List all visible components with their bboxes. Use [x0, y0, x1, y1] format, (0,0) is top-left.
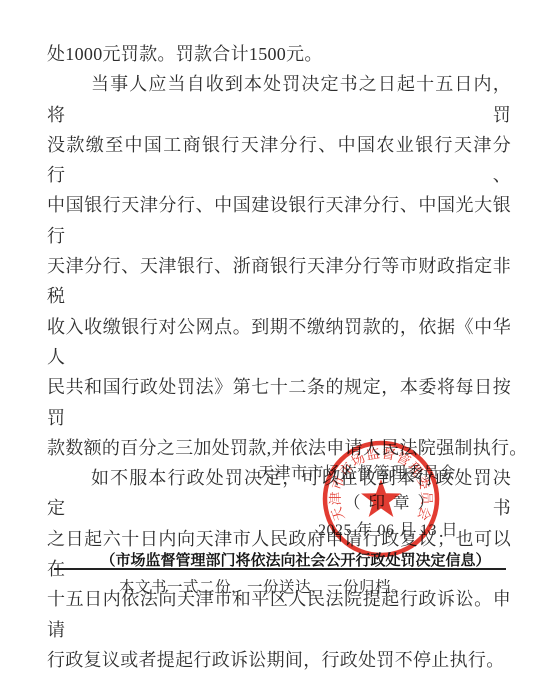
document-line: 民共和国行政处罚法》第七十二条的规定，本委将每日按罚	[47, 372, 511, 433]
decision-date: 2025 年 06 月 13 日	[318, 517, 458, 540]
document-line: 行政复议或者提起行政诉讼期间，行政处罚不停止执行。	[47, 645, 511, 675]
document-line: 当事人应当自收到本处罚决定书之日起十五日内，将罚	[47, 69, 511, 130]
document-line: 中国银行天津分行、中国建设银行天津分行、中国光大银行	[47, 190, 511, 251]
penalty-decision-document-page: 处1000元罚款。罚款合计1500元。 当事人应当自收到本处罚决定书之日起十五日…	[0, 0, 557, 699]
footer-divider	[54, 568, 506, 570]
public-disclosure-notice: （市场监督管理部门将依法向社会公开行政处罚决定信息）	[17, 549, 557, 570]
document-line: 款数额的百分之三加处罚款,并依法申请人民法院强制执行。	[47, 433, 511, 463]
issuing-agency-name: 天津市市场监督管理委员会	[258, 460, 456, 483]
copies-distribution-note: 本文书一式二份，一份送达，一份归档。	[0, 575, 526, 597]
seal-placeholder-note: （印章）	[344, 489, 442, 513]
document-line: 天津分行、天津银行、浙商银行天津分行等市财政指定非税	[47, 251, 511, 312]
document-line: 收入收缴银行对公网点。到期不缴纳罚款的，依据《中华人	[47, 312, 511, 373]
document-line: 没款缴至中国工商银行天津分行、中国农业银行天津分行、	[47, 130, 511, 191]
document-line: 处1000元罚款。罚款合计1500元。	[47, 39, 511, 69]
